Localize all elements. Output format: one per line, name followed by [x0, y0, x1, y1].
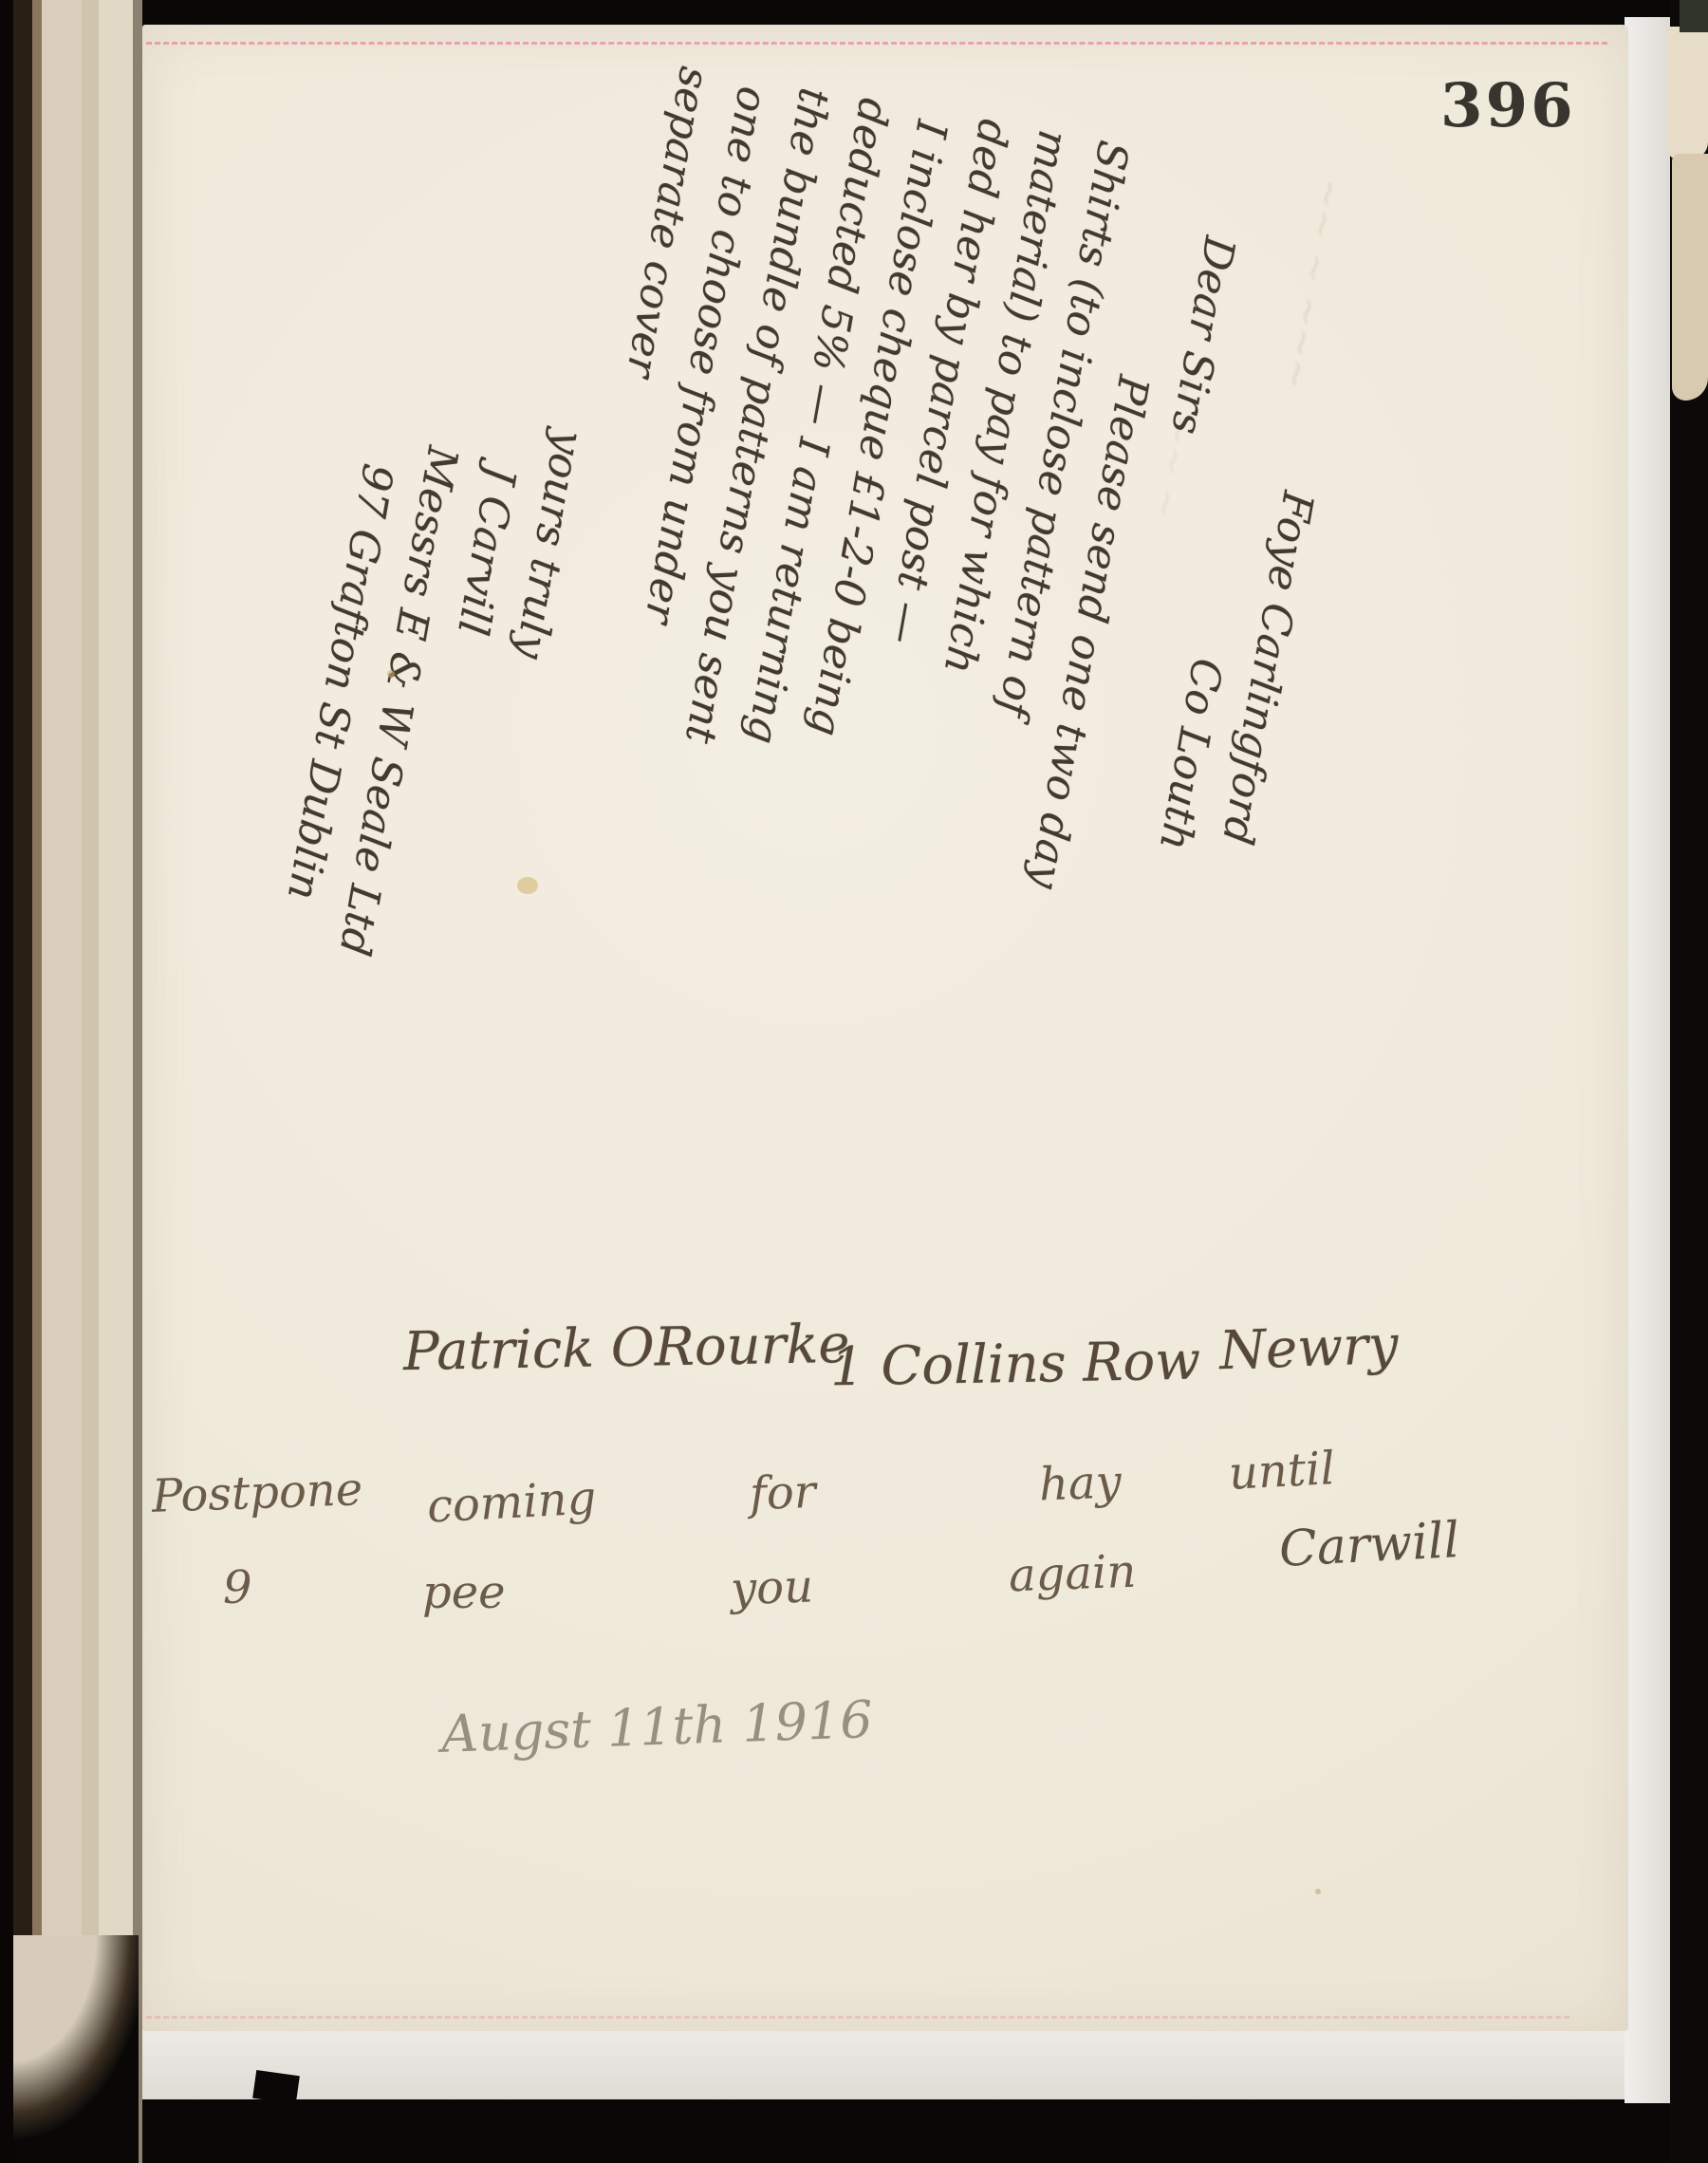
page: 396 Foye CarlingfordCo LouthDear SirsPle…	[142, 25, 1628, 2031]
right-paper-layer	[1668, 27, 1708, 159]
left-spine-page-edges	[0, 0, 142, 2163]
annotation-word: coming	[426, 1471, 598, 1533]
handwritten-letter: Foye CarlingfordCo LouthDear SirsPlease …	[259, 15, 1382, 992]
annotation-word: Carwill	[1278, 1512, 1461, 1578]
annotation-word: pee	[422, 1566, 506, 1619]
annotation-word: you	[730, 1560, 814, 1616]
book-scan: 396 Foye CarlingfordCo LouthDear SirsPle…	[0, 0, 1708, 2163]
red-margin-line-top	[146, 42, 1607, 45]
annotation-word: 9	[223, 1561, 252, 1614]
left-spine-bottom-curve	[13, 1935, 139, 2163]
under-page-edge-right	[1624, 17, 1674, 2103]
paper-stain	[387, 670, 395, 678]
right-paper-layer	[1672, 154, 1708, 401]
page-number: 396	[1440, 70, 1576, 141]
annotation-address: 1 Collins Row	[829, 1331, 1200, 1399]
paper-stain	[1315, 1889, 1321, 1894]
annotation-word: until	[1228, 1442, 1337, 1501]
annotation-town: Newry	[1218, 1315, 1400, 1383]
right-cover-corner	[1680, 0, 1708, 32]
annotation-word: Postpone	[151, 1463, 363, 1523]
annotation-word: for	[749, 1465, 817, 1520]
under-page-notch	[252, 2070, 300, 2104]
annotation-word: again	[1008, 1545, 1137, 1603]
annotation-name: Patrick ORourke	[402, 1314, 850, 1383]
under-page-edge-bottom	[142, 2029, 1678, 2099]
paper-stain	[517, 877, 538, 894]
annotation-word: hay	[1038, 1456, 1123, 1512]
red-margin-line-bottom	[146, 2016, 1569, 2019]
